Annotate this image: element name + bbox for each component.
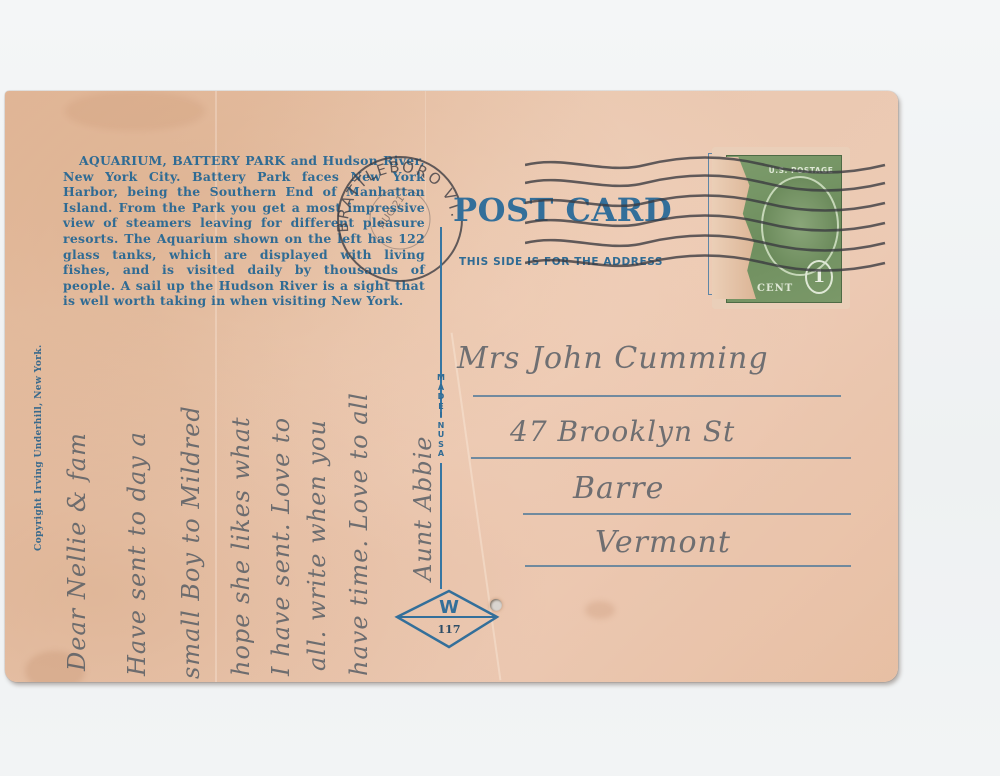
- message-line: all. write when you: [303, 419, 331, 671]
- description-title: AQUARIUM, BATTERY PARK and: [79, 153, 317, 168]
- crease: [425, 91, 426, 211]
- stamp-value: 1: [805, 260, 833, 294]
- message-line: I have sent. Love to: [267, 417, 295, 676]
- message-line: Dear Nellie & fam: [63, 432, 91, 671]
- description-text: AQUARIUM, BATTERY PARK and Hudson River,…: [63, 153, 425, 309]
- address-rule: [473, 395, 841, 397]
- logo-number: 117: [438, 623, 461, 636]
- address-line-name: Mrs John Cumming: [457, 341, 769, 376]
- message-line: have time. Love to all: [345, 392, 373, 676]
- address-line-city: Barre: [573, 471, 664, 506]
- address-rule: [471, 457, 851, 459]
- stamp-top-text: U.S. POSTAGE: [751, 166, 851, 175]
- logo-letter: W: [439, 597, 459, 618]
- postcard-back: AQUARIUM, BATTERY PARK and Hudson River,…: [5, 91, 898, 682]
- message-line: hope she likes what: [227, 416, 255, 676]
- address-line-state: Vermont: [595, 525, 731, 560]
- address-rule: [523, 513, 851, 515]
- address-line-street: 47 Brooklyn St: [510, 415, 735, 448]
- message-line: Have sent to day a: [123, 431, 151, 676]
- puncture-hole: [490, 599, 502, 611]
- message-signature: Aunt Abbie: [409, 436, 437, 581]
- address-side-note: THIS SIDE IS FOR THE ADDRESS: [459, 256, 663, 268]
- center-divider-bottom: [440, 463, 442, 589]
- stain: [585, 601, 615, 619]
- post-card-heading: POST CARD: [453, 191, 672, 229]
- message-line: small Boy to Mildred: [177, 405, 205, 679]
- publisher-logo: W 117: [393, 587, 501, 651]
- portrait-icon: [761, 176, 839, 276]
- stain: [65, 91, 205, 131]
- copyright-line: Copyright Irving Underhill, New York.: [33, 345, 44, 551]
- address-rule: [525, 565, 851, 567]
- stamp-denomination: CENT: [757, 283, 793, 294]
- postage-stamp: U.S. POSTAGE CENT 1: [712, 147, 850, 309]
- description-body: Hudson River, New York City. Battery Par…: [63, 153, 425, 308]
